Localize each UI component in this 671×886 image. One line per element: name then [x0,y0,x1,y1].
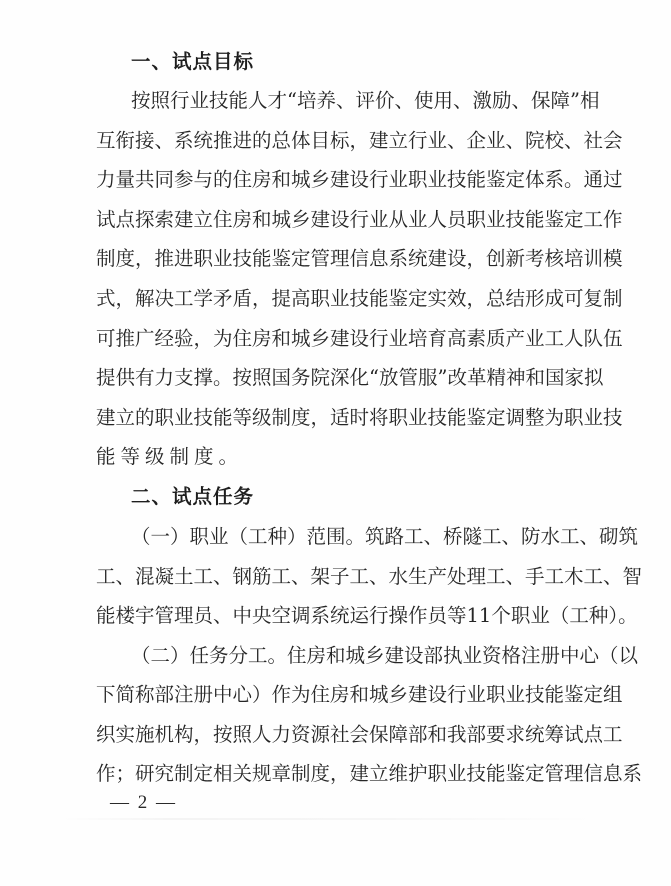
paragraph-line: 可推广经验，为住房和城乡建设行业培育高素质产业工人队伍 [96,325,593,353]
paragraph-line: 试点探索建立住房和城乡建设行业从业人员职业技能鉴定工作 [96,206,593,234]
page-number: — 2 — [110,790,177,816]
paragraph-line: 能楼宇管理员、中央空调系统运行操作员等11个职业（工种）。 [96,602,593,630]
paragraph-line: （二）任务分工。住房和城乡建设部执业资格注册中心（以 [131,642,593,670]
paragraph-line: 作；研究制定相关规章制度，建立维护职业技能鉴定管理信息系 [96,760,593,788]
section-heading-goals: 一、试点目标 [131,48,254,76]
paragraph-line: 下简称部注册中心）作为住房和城乡建设行业职业技能鉴定组 [96,681,593,709]
paragraph-line: 力量共同参与的住房和城乡建设行业职业技能鉴定体系。通过 [96,166,593,194]
paragraph-line: 互衔接、系统推进的总体目标，建立行业、企业、院校、社会 [96,127,593,155]
paragraph-line: 能等级制度。 [96,443,593,471]
paragraph-line: 式，解决工学矛盾，提高职业技能鉴定实效，总结形成可复制 [96,285,593,313]
paragraph-line: 提供有力支撑。按照国务院深化“放管服”改革精神和国家拟 [96,364,593,392]
paragraph-line: 织实施机构，按照人力资源社会保障部和我部要求统筹试点工 [96,721,593,749]
section-heading-tasks: 二、试点任务 [131,483,254,511]
scan-artifact [60,818,600,820]
paragraph-line: 按照行业技能人才“培养、评价、使用、激励、保障”相 [131,87,593,115]
paragraph-line: 工、混凝土工、钢筋工、架子工、水生产处理工、手工木工、智 [96,563,593,591]
paragraph-line: （一）职业（工种）范围。筑路工、桥隧工、防水工、砌筑 [131,523,593,551]
paragraph-line: 建立的职业技能等级制度，适时将职业技能鉴定调整为职业技 [96,404,593,432]
document-page: 一、试点目标 按照行业技能人才“培养、评价、使用、激励、保障”相 互衔接、系统推… [0,0,671,886]
paragraph-line: 制度，推进职业技能鉴定管理信息系统建设，创新考核培训模 [96,245,593,273]
